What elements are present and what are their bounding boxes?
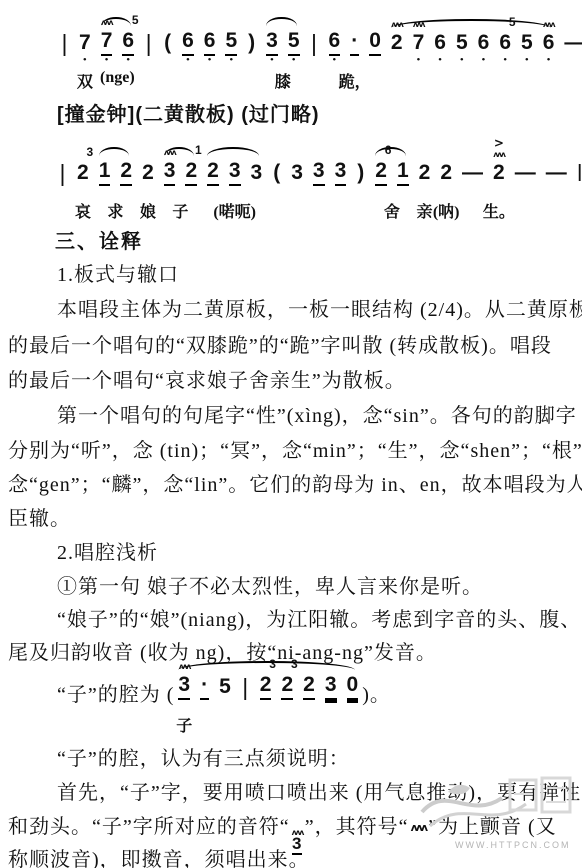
jianpu-note: 5•	[521, 30, 533, 56]
jianpu-note: 56•	[122, 28, 134, 56]
barline: |	[58, 160, 67, 186]
tremolo-mark: ʌʌʌ	[164, 148, 175, 157]
note-group: ʌʌʌ7•56•(nge)	[101, 28, 134, 56]
note-digit: 5	[521, 30, 533, 56]
jianpu-note: ʌʌʌ6•	[543, 30, 555, 56]
body-line: 的最后一个唱句的“双膝跪”的“跪”字叫散 (转成散板)。唱段	[8, 329, 552, 358]
lyric-syllable: 生。	[483, 199, 515, 222]
note-digit: 3	[266, 28, 278, 56]
jianpu-note: 62	[375, 158, 387, 186]
tremolo-mark: ʌʌʌ	[411, 821, 427, 834]
note-digit: ·	[350, 28, 359, 56]
jianpu-note: ʌʌʌ3子	[178, 672, 190, 700]
slur-arc	[266, 17, 296, 26]
note-digit: 6	[543, 30, 555, 56]
note-digit: 6	[204, 28, 216, 56]
note-digit: 6	[478, 30, 490, 56]
jianpu-note: 3•	[266, 28, 278, 56]
ornament-stack: 6	[378, 143, 385, 157]
jianpu-note: (	[163, 30, 172, 56]
octave-dot: •	[270, 58, 274, 63]
jianpu-note: >ʌʌʌ2生。	[493, 160, 505, 186]
ornament-stack: ʌʌʌ	[179, 662, 190, 671]
octave-dot: •	[525, 58, 529, 63]
lyric-syllable: (nge)	[100, 69, 135, 87]
note-digit: |	[144, 30, 153, 56]
music-staff-2: |32哀12求2娘ʌʌʌ312子233(喏呃)(333)621舍2亲2(呐)—>…	[58, 158, 582, 186]
lyric-syllable: 舍	[384, 199, 400, 222]
jianpu-note: 5•	[225, 28, 237, 56]
note-group: ʌʌʌ2ʌʌʌ7•6•5•6•56•5•ʌʌʌ6•	[391, 30, 555, 56]
octave-dot: •	[83, 58, 87, 63]
jianpu-note: 3	[229, 158, 241, 186]
jianpu-note: 32	[260, 672, 272, 700]
body-line: “子”的腔，认为有三点须说明：	[57, 742, 350, 771]
jianpu-note: —	[515, 160, 536, 186]
octave-dot: •	[460, 58, 464, 63]
grace-note: 3	[87, 145, 94, 159]
octave-dot: •	[503, 58, 507, 63]
jianpu-note: ·	[350, 28, 359, 56]
body-line: 1.板式与辙口	[57, 258, 179, 287]
jianpu-note: 1	[99, 158, 111, 186]
note-digit: )	[247, 30, 256, 56]
jianpu-note: 2	[120, 158, 132, 186]
grace-note: 5	[132, 13, 139, 27]
body-line: 第一个唱句的句尾字“性”(xìng)，念“sin”。各句的韵脚字	[57, 399, 577, 428]
note-digit: 5	[225, 28, 237, 56]
jianpu-note: 5	[219, 674, 231, 700]
ornament-stack: ʌʌʌ	[164, 148, 175, 157]
note-digit: 7	[79, 30, 91, 56]
body-line: “娘子”的“娘”(niang)，为江阳辙。考虑到字音的头、腹、	[57, 603, 581, 632]
note-digit: 5	[219, 674, 231, 700]
note-digit: |	[241, 674, 250, 700]
note-digit: 2	[185, 158, 197, 186]
note-digit: —	[515, 160, 536, 186]
jianpu-note: ʌʌʌ2	[391, 30, 403, 56]
jianpu-note: 2	[207, 158, 219, 186]
note-group: 12求	[99, 158, 132, 186]
barline: |	[60, 30, 69, 56]
lyric-syllable: 膝	[275, 69, 291, 92]
grace-note: 6	[385, 143, 392, 157]
body-line: 2.唱腔浅析	[57, 536, 158, 565]
octave-dot: •	[105, 58, 109, 63]
note-group: 6•·0跪，	[329, 28, 381, 56]
ornament-stack: 3	[262, 657, 269, 671]
lyric-syllable: 子	[176, 713, 192, 736]
notation-suffix-text: )。	[362, 678, 391, 707]
note-group: 3•5•膝	[266, 28, 299, 56]
watermark-url-text: WWW.HTTPCN.COM	[455, 840, 570, 850]
jianpu-note: 2(呐)	[440, 160, 452, 186]
note-group: 621舍	[375, 158, 408, 186]
jianpu-note: 0	[347, 672, 359, 700]
ornament-stack: >ʌʌʌ	[493, 136, 504, 159]
note-digit: —	[564, 30, 582, 56]
lyric-syllable: 亲	[416, 199, 432, 222]
ornament-stack: 5	[502, 15, 509, 29]
note-digit: 2	[142, 160, 154, 186]
inline-notation-line: “子”的腔为 ( ʌʌʌ3子·5|3232230 )。	[57, 655, 391, 729]
note-digit: —	[462, 160, 483, 186]
body-line: 念“gen”；“麟”，念“lin”。它们的韵母为 in、en，故本唱段为人	[8, 468, 582, 497]
section-title: 三、诠释	[55, 225, 143, 254]
note-digit: 5	[288, 28, 300, 56]
note-group: 233(喏呃)	[207, 158, 262, 186]
note-digit: 2	[120, 158, 132, 186]
note-digit: ‖	[577, 160, 582, 186]
octave-dot: •	[186, 58, 190, 63]
ornament-stack: 3	[284, 657, 291, 671]
body-line: 臣辙。	[8, 502, 71, 531]
note-digit: 3	[229, 158, 241, 186]
note-digit: 1	[397, 158, 409, 186]
body-line: 本唱段主体为二黄原板，一板一眼结构 (2/4)。从二黄原板	[57, 293, 582, 322]
note-digit: 2	[493, 160, 505, 186]
octave-dot: •	[229, 58, 233, 63]
accent-mark: >	[494, 136, 504, 150]
note-digit: —	[546, 160, 567, 186]
jianpu-note: 3	[313, 158, 325, 186]
jianpu-note: )	[356, 160, 365, 186]
jianpu-note: 6•	[182, 28, 194, 56]
barline: |	[310, 30, 319, 56]
body-line: 分别为“听”，念 (tin)；“冥”，念“min”；“生”，念“shen”；“根…	[8, 434, 582, 463]
note-digit: 1	[99, 158, 111, 186]
grace-note: 5	[509, 15, 516, 29]
lyric-syllable: 子	[172, 199, 188, 222]
note-digit: 6	[499, 30, 511, 56]
octave-dot: •	[482, 58, 486, 63]
ornament-stack: 5	[125, 13, 132, 27]
note-digit: 3	[325, 672, 337, 700]
jianpu-note: 2	[303, 672, 315, 700]
note-digit: |	[60, 30, 69, 56]
tremolo-mark: ʌʌʌ	[413, 20, 424, 29]
jianpu-note: (	[272, 160, 281, 186]
tremolo-mark: ʌʌʌ	[179, 662, 190, 671]
jianpu-note: 3	[291, 160, 303, 186]
jianpu-note: 6•	[329, 28, 341, 56]
note-digit: 6	[182, 28, 194, 56]
jianpu-note: 5•	[288, 28, 300, 56]
music-staff-1: |7•双ʌʌʌ7•56•(nge)|(6•6•5•)3•5•膝|6•·0跪，ʌʌ…	[60, 28, 582, 56]
note-digit: )	[356, 160, 365, 186]
jianpu-note: 3	[335, 158, 347, 186]
lyric-syllable: 求	[107, 199, 123, 222]
jianpu-note: ʌʌʌ3	[164, 158, 176, 186]
note-digit: 3	[164, 158, 176, 186]
ornament-stack: ʌʌʌ	[413, 20, 424, 29]
lyric-syllable: 哀	[75, 199, 91, 222]
jianpu-note: 56•	[499, 30, 511, 56]
note-digit: 2	[375, 158, 387, 186]
document-page: |7•双ʌʌʌ7•56•(nge)|(6•6•5•)3•5•膝|6•·0跪，ʌʌ…	[0, 0, 582, 868]
ornament-stack: 3	[80, 145, 87, 159]
jianpu-note: 7•双	[79, 30, 91, 56]
barline: |	[241, 674, 250, 700]
jianpu-note: )	[247, 30, 256, 56]
tremolo-mark: ʌʌʌ	[493, 150, 504, 159]
lyric-syllable: (呐)	[433, 199, 460, 222]
body-line: 称顺波音)，即擞音，须唱出来。	[8, 843, 310, 868]
tremolo-mark: ʌʌʌ	[543, 20, 554, 29]
body-line: 首先，“子”字，要用喷口喷出来 (用气息推动)，要有弹性	[57, 776, 581, 805]
note-digit: |	[310, 30, 319, 56]
octave-dot: •	[438, 58, 442, 63]
lyric-syllable: 娘	[140, 199, 156, 222]
barline: |	[144, 30, 153, 56]
jianpu-note: 0	[369, 28, 381, 56]
note-digit: 3	[335, 158, 347, 186]
jianpu-note: 6•	[478, 30, 490, 56]
grace-note: 3	[291, 657, 298, 671]
jianpu-note: 6•	[434, 30, 446, 56]
line-text: ”为上颤音 (又	[428, 816, 557, 838]
note-group: ʌʌʌ312子	[164, 158, 197, 186]
octave-dot: •	[332, 58, 336, 63]
note-digit: 3	[291, 160, 303, 186]
note-digit: (	[163, 30, 172, 56]
lyric-syllable: 双	[77, 69, 93, 92]
jianpu-note: 5•	[456, 30, 468, 56]
barline: ‖	[577, 160, 582, 186]
note-digit: 3	[313, 158, 325, 186]
octave-dot: •	[292, 58, 296, 63]
note-digit: 6	[434, 30, 446, 56]
slur-arc	[99, 147, 129, 156]
lyric-syllable: 跪，	[339, 69, 371, 92]
jianpu-note: 32哀	[77, 160, 89, 186]
ornament-stack: ʌʌʌ	[543, 20, 554, 29]
jianpu-note: ʌʌʌ7•	[413, 30, 425, 56]
jianpu-note: 6•	[204, 28, 216, 56]
ornament-stack: 1	[188, 143, 195, 157]
jianpu-note: 3	[251, 160, 263, 186]
lyric-syllable: (喏呃)	[213, 199, 256, 222]
line-text: 和劲头。“子”字所对应的音符“	[8, 816, 290, 838]
note-digit: 2	[281, 672, 293, 700]
note-digit: 3	[178, 672, 190, 700]
jianpu-note: 3	[325, 672, 337, 700]
note-digit: 2	[207, 158, 219, 186]
jianpu-note: ʌʌʌ7•	[101, 28, 113, 56]
jianpu-note: —	[546, 160, 567, 186]
note-digit: 6	[122, 28, 134, 56]
note-group: ʌʌʌ3子·5|3232230	[178, 672, 358, 700]
octave-dot: •	[416, 58, 420, 63]
jianpu-note: ·	[200, 672, 209, 700]
note-digit: ·	[200, 672, 209, 700]
line-text: ”，其符号“	[305, 816, 409, 838]
body-line: 的最后一个唱句“哀求娘子舍亲生”为散板。	[8, 364, 406, 393]
jianpu-note: 2亲	[419, 160, 431, 186]
grace-note: 3	[269, 657, 276, 671]
jianpu-note: —	[564, 30, 582, 56]
note-digit: 6	[329, 28, 341, 56]
tremolo-mark: ʌʌʌ	[391, 20, 402, 29]
slur-arc	[207, 147, 259, 156]
jianpu-note: 2娘	[142, 160, 154, 186]
note-digit: 2	[419, 160, 431, 186]
ornament-stack: ʌʌʌ	[391, 20, 402, 29]
note-digit: (	[272, 160, 281, 186]
note-digit: 5	[456, 30, 468, 56]
note-digit: 2	[77, 160, 89, 186]
note-digit: 2	[391, 30, 403, 56]
note-digit: 2	[440, 160, 452, 186]
note-digit: 2	[260, 672, 272, 700]
jianpu-note: —	[462, 160, 483, 186]
grace-note: 1	[195, 143, 202, 157]
ornament-stack: ʌʌʌ	[101, 18, 112, 27]
note-digit: |	[58, 160, 67, 186]
octave-dot: •	[208, 58, 212, 63]
notation-prefix-text: “子”的腔为 (	[57, 678, 174, 707]
tremolo-mark: ʌʌʌ	[101, 18, 112, 27]
jianpu-note: 32	[281, 672, 293, 700]
note-digit: 2	[303, 672, 315, 700]
note-digit: 7	[101, 28, 113, 56]
jianpu-note: 12	[185, 158, 197, 186]
note-digit: 7	[413, 30, 425, 56]
note-digit: 3	[251, 160, 263, 186]
body-line: ①第一句 娘子不必太烈性，卑人言来你是听。	[57, 570, 483, 599]
octave-dot: •	[126, 58, 130, 63]
note-digit: 0	[347, 672, 359, 700]
tune-label: [撞金钟](二黄散板) (过门略)	[57, 98, 320, 127]
jianpu-note: 1	[397, 158, 409, 186]
inline-notation: ʌʌʌ3子·5|3232230	[178, 672, 358, 700]
octave-dot: •	[547, 58, 551, 63]
note-digit: 0	[369, 28, 381, 56]
